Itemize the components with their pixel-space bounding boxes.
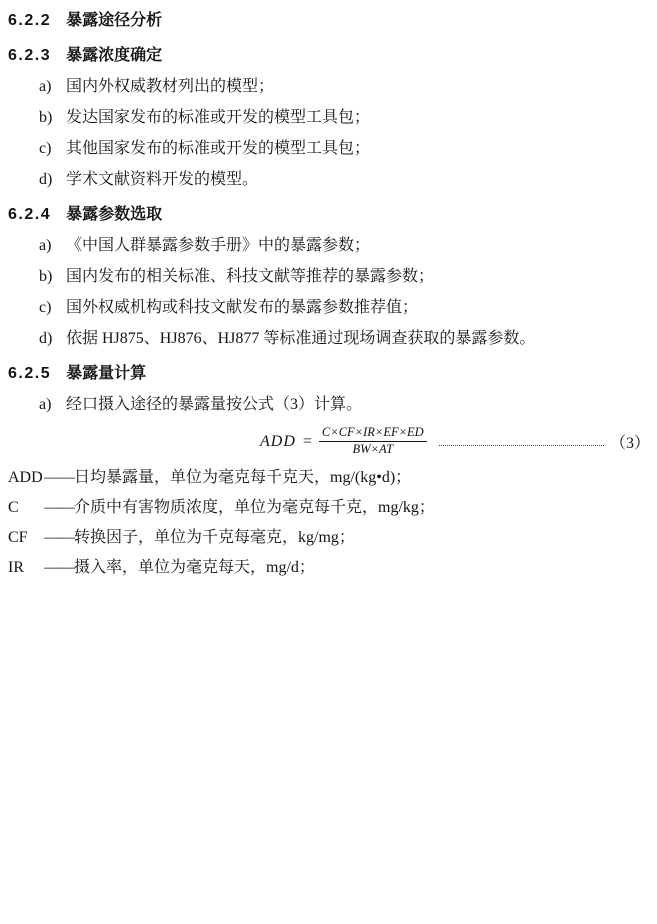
- section-heading: 6.2.5暴露量计算: [8, 358, 650, 389]
- list-marker: d): [39, 164, 66, 195]
- section-heading: 6.2.3暴露浓度确定: [8, 40, 650, 71]
- section-number: 6.2.5: [8, 365, 51, 382]
- formula-equals: =: [303, 433, 312, 451]
- list-marker: c): [39, 292, 66, 323]
- document-page: 6.2.2暴露途径分析 6.2.3暴露浓度确定 a) 国内外权威教材列出的模型；…: [0, 0, 657, 924]
- definition-item: IR —— 摄入率，单位为毫克每天，mg/d；: [8, 553, 650, 583]
- section-title: 暴露量计算: [66, 365, 146, 382]
- equation-number: （3）: [610, 430, 650, 453]
- section-heading: 6.2.4暴露参数选取: [8, 199, 650, 230]
- section-number: 6.2.4: [8, 206, 51, 223]
- definition-dash: ——: [44, 463, 74, 493]
- list-text: 经口摄入途径的暴露量按公式（3）计算。: [66, 389, 650, 420]
- list-text: 其他国家发布的标准或开发的模型工具包；: [66, 133, 650, 164]
- definition-symbol: ADD: [8, 463, 44, 493]
- section-heading: 6.2.2暴露途径分析: [8, 5, 650, 36]
- list-item: b) 国内发布的相关标准、科技文献等推荐的暴露参数；: [39, 261, 650, 292]
- list-text: 发达国家发布的标准或开发的模型工具包；: [66, 102, 650, 133]
- definition-item: C —— 介质中有害物质浓度，单位为毫克每千克，mg/kg；: [8, 493, 650, 523]
- list-text: 《中国人群暴露参数手册》中的暴露参数；: [66, 230, 650, 261]
- list-item: c) 其他国家发布的标准或开发的模型工具包；: [39, 133, 650, 164]
- list-item: a) 经口摄入途径的暴露量按公式（3）计算。: [39, 389, 650, 420]
- definition-symbol: C: [8, 493, 44, 523]
- list-marker: a): [39, 71, 66, 102]
- list-item: b) 发达国家发布的标准或开发的模型工具包；: [39, 102, 650, 133]
- dotted-leader: [439, 428, 604, 446]
- definition-text: 日均暴露量，单位为毫克每千克天，mg/(kg•d)；: [74, 463, 411, 493]
- list-text: 国内发布的相关标准、科技文献等推荐的暴露参数；: [66, 261, 650, 292]
- definition-dash: ——: [44, 553, 74, 583]
- list-marker: a): [39, 389, 66, 420]
- list-marker: a): [39, 230, 66, 261]
- fraction-numerator: C×CF×IR×EF×ED: [319, 425, 427, 442]
- definition-symbol: CF: [8, 523, 44, 553]
- section-number: 6.2.3: [8, 47, 51, 64]
- list-item: a) 《中国人群暴露参数手册》中的暴露参数；: [39, 230, 650, 261]
- section-title: 暴露浓度确定: [66, 47, 162, 64]
- list-item: d) 依据 HJ875、HJ876、HJ877 等标准通过现场调查获取的暴露参数…: [39, 323, 650, 354]
- section-title: 暴露途径分析: [66, 12, 162, 29]
- definition-text: 介质中有害物质浓度，单位为毫克每千克，mg/kg；: [74, 493, 435, 523]
- definition-item: CF —— 转换因子，单位为千克每毫克，kg/mg；: [8, 523, 650, 553]
- definition-symbol: IR: [8, 553, 44, 583]
- list-marker: b): [39, 261, 66, 292]
- list-marker: c): [39, 133, 66, 164]
- list-marker: b): [39, 102, 66, 133]
- list-text: 国外权威机构或科技文献发布的暴露参数推荐值；: [66, 292, 650, 323]
- list-text: 国内外权威教材列出的模型；: [66, 71, 650, 102]
- definition-item: ADD —— 日均暴露量，单位为毫克每千克天，mg/(kg•d)；: [8, 463, 650, 493]
- list-text: 学术文献资料开发的模型。: [66, 164, 650, 195]
- section-number: 6.2.2: [8, 12, 51, 29]
- section-title: 暴露参数选取: [66, 206, 162, 223]
- definition-dash: ——: [44, 523, 74, 553]
- list-marker: d): [39, 323, 66, 354]
- definition-dash: ——: [44, 493, 74, 523]
- list-item: d) 学术文献资料开发的模型。: [39, 164, 650, 195]
- definition-text: 摄入率，单位为毫克每天，mg/d；: [74, 553, 315, 583]
- list-text: 依据 HJ875、HJ876、HJ877 等标准通过现场调查获取的暴露参数。: [66, 323, 650, 354]
- formula-fraction: C×CF×IR×EF×ED BW×AT: [319, 425, 427, 457]
- fraction-denominator: BW×AT: [319, 442, 427, 458]
- list-item: a) 国内外权威教材列出的模型；: [39, 71, 650, 102]
- formula-lhs: ADD: [260, 433, 296, 451]
- list-item: c) 国外权威机构或科技文献发布的暴露参数推荐值；: [39, 292, 650, 323]
- formula-block: ADD = C×CF×IR×EF×ED BW×AT （3）: [8, 420, 650, 463]
- definition-text: 转换因子，单位为千克每毫克，kg/mg；: [74, 523, 355, 553]
